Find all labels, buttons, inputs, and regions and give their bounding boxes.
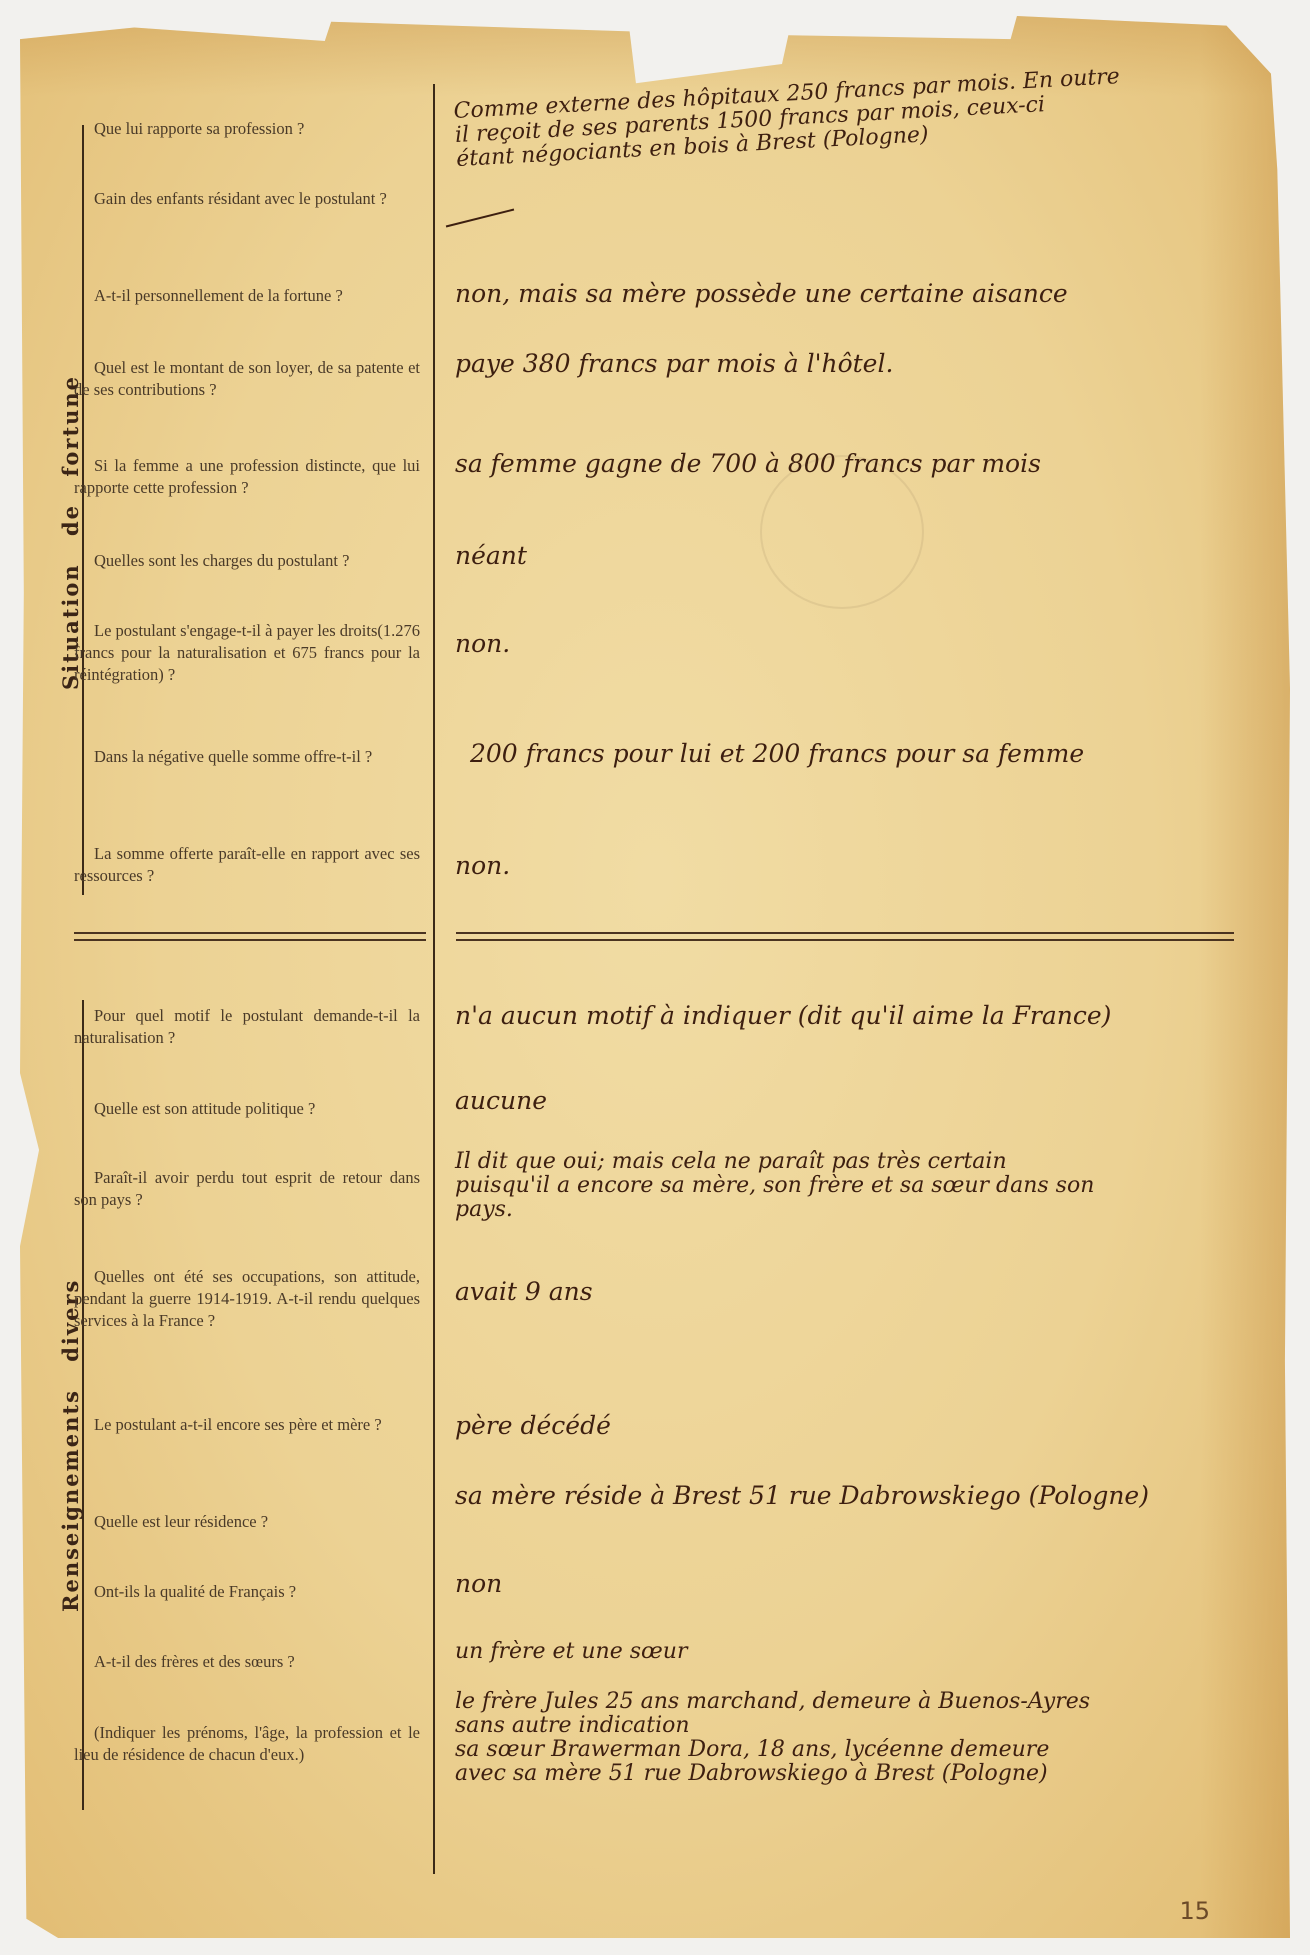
question-charges: Quelles sont les charges du postulant ? xyxy=(74,550,420,572)
answer-siblings-details: le frère Jules 25 ans marchand, demeure … xyxy=(455,1690,1090,1786)
answer-parents-residence: sa mère réside à Brest 51 rue Dabrowskie… xyxy=(455,1480,1149,1511)
question-siblings: A-t-il des frères et des sœurs ? xyxy=(74,1651,420,1673)
answer-pay-fees: non. xyxy=(455,628,510,659)
question-children-income: Gain des enfants résidant avec le postul… xyxy=(74,188,420,210)
answer-sum-proportionate: non. xyxy=(455,850,510,881)
answer-siblings: un frère et une sœur xyxy=(455,1640,687,1664)
answer-naturalisation-motive: n'a aucun motif à indiquer (dit qu'il ai… xyxy=(455,1000,1111,1031)
answer-wife-profession: sa femme gagne de 700 à 800 francs par m… xyxy=(455,448,1041,479)
answer-parents-alive: père décédé xyxy=(455,1410,611,1441)
question-wife-profession: Si la femme a une profession distincte, … xyxy=(74,455,420,499)
answer-sum-offered: 200 francs pour lui et 200 francs pour s… xyxy=(470,738,1084,769)
answer-war-occupations: avait 9 ans xyxy=(455,1276,593,1307)
answer-personal-fortune: non, mais sa mère possède une certaine a… xyxy=(455,278,1068,309)
question-return-spirit: Paraît-il avoir perdu tout esprit de ret… xyxy=(74,1167,420,1211)
column-divider xyxy=(433,84,435,1874)
section-separator-right xyxy=(456,932,1234,941)
question-sum-offered: Dans la négative quelle somme offre-t-il… xyxy=(74,746,420,768)
answer-political-attitude: aucune xyxy=(455,1085,547,1116)
question-pay-fees: Le postulant s'engage-t-il à payer les d… xyxy=(74,620,420,686)
question-naturalisation-motive: Pour quel motif le postulant demande-t-i… xyxy=(74,1005,420,1049)
question-war-occupations: Quelles ont été ses occupations, son att… xyxy=(74,1266,420,1332)
question-profession-income: Que lui rapporte sa profession ? xyxy=(74,118,420,140)
answer-parents-french: non xyxy=(455,1568,502,1599)
question-parents-french: Ont-ils la qualité de Français ? xyxy=(74,1581,420,1603)
question-personal-fortune: A-t-il personnellement de la fortune ? xyxy=(74,285,420,307)
answer-return-spirit: Il dit que oui; mais cela ne paraît pas … xyxy=(455,1150,1094,1222)
question-siblings-details: (Indiquer les prénoms, l'âge, la profess… xyxy=(74,1722,420,1766)
folio-number: 15 xyxy=(1179,1897,1210,1925)
section-separator-left xyxy=(74,932,426,941)
answer-rent-taxes: paye 380 francs par mois à l'hôtel. xyxy=(455,348,893,379)
question-political-attitude: Quelle est son attitude politique ? xyxy=(74,1098,420,1120)
paper-aging-shade xyxy=(1200,16,1290,1938)
answer-charges: néant xyxy=(455,540,527,571)
question-sum-proportionate: La somme offerte paraît-elle en rapport … xyxy=(74,843,420,887)
question-parents-residence: Quelle est leur résidence ? xyxy=(74,1511,420,1533)
question-parents-alive: Le postulant a-t-il encore ses père et m… xyxy=(74,1414,420,1436)
question-rent-taxes: Quel est le montant de son loyer, de sa … xyxy=(74,357,420,401)
